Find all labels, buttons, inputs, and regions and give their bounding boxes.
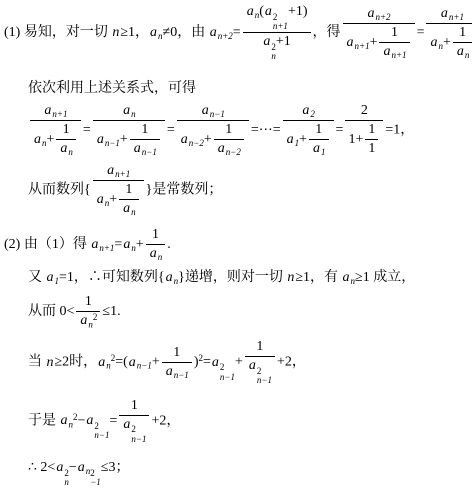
math-subscript: n	[271, 52, 276, 61]
math-text: +1	[276, 34, 291, 49]
math-text: 1	[63, 122, 70, 137]
math-subscript: n+1	[391, 50, 406, 60]
math-text: 1	[391, 25, 398, 40]
math-var: a	[33, 132, 42, 147]
math-text: +	[235, 355, 243, 370]
fraction-denominator: 1	[365, 139, 378, 157]
math-var: a	[122, 237, 131, 252]
math-fraction: 1an	[56, 122, 76, 157]
line-part2-recurrence: (2) 由（1）得 an+1=an+1an.	[4, 227, 470, 262]
math-text: 1	[85, 294, 92, 309]
math-fraction: 1an2	[76, 294, 100, 330]
math-var: a	[301, 103, 310, 118]
math-subscript: n	[465, 50, 470, 60]
fraction-denominator: an+1	[379, 42, 409, 60]
math-text: 1	[315, 122, 322, 137]
math-fraction: an+2an+1+1an+1	[343, 6, 415, 60]
math-var: a	[264, 4, 273, 19]
math-var: n	[46, 355, 55, 370]
math-var: a	[60, 413, 69, 428]
math-subscript: n+1	[449, 12, 464, 22]
math-var: a	[180, 132, 189, 147]
math-text: =1，	[385, 122, 414, 137]
math-fraction: 1an−1	[130, 122, 160, 157]
math-subscript: n	[131, 207, 136, 217]
math-subscript: n−1	[131, 435, 146, 444]
math-text: 1	[141, 122, 148, 137]
fraction-numerator: 1	[130, 122, 160, 139]
math-subscript: n−1	[220, 373, 235, 382]
math-var: a	[90, 237, 99, 252]
math-subscript: 1	[321, 147, 326, 157]
math-subscript: n−2	[226, 147, 241, 157]
math-text: 1	[368, 122, 375, 137]
math-var: a	[312, 141, 321, 156]
math-text: ≤3；	[101, 460, 130, 475]
fraction-numerator: 1	[146, 227, 166, 244]
math-var: a	[211, 355, 220, 370]
math-superscript: 2	[93, 312, 98, 322]
math-text: 1	[173, 345, 180, 360]
math-var: n	[111, 25, 120, 40]
math-fraction: an+1an+1an	[426, 6, 472, 60]
math-text: =1，∴可知数列{	[59, 270, 165, 285]
math-text: (1) 易知，对一切	[4, 25, 111, 40]
math-text: }是常数列；	[146, 182, 223, 197]
fraction-numerator: 2	[345, 103, 383, 120]
math-text: ≠0，由	[163, 25, 209, 40]
line-part2-bound-inequality: 从而 0<1an2≤1.	[4, 294, 470, 330]
fraction-numerator: an+1	[30, 103, 81, 120]
math-var: a	[96, 192, 105, 207]
math-supsub-stack: 2n−1	[131, 425, 146, 444]
line-part1-chain-equation: an+1an+1an=anan−1+1an−1=an−1an−2+1an−2=⋯…	[4, 103, 470, 157]
fraction-numerator: 1	[214, 122, 244, 139]
fraction-numerator: 1	[379, 25, 409, 42]
math-text: −	[69, 460, 77, 475]
math-fraction: 1an−1	[162, 345, 192, 380]
math-fraction: 21+11	[345, 103, 383, 157]
math-var: a	[122, 201, 131, 216]
line-part1-given-relation: (1) 易知，对一切 n≥1，an≠0，由 an+2=an(a2n+1+1)a2…	[4, 4, 470, 62]
math-text: =	[109, 413, 117, 428]
math-var: a	[122, 103, 131, 118]
math-var: a	[217, 141, 226, 156]
math-subscript: n−2	[189, 138, 204, 148]
math-text: 1+	[348, 132, 363, 147]
fraction-numerator: an−1	[177, 103, 249, 120]
math-var: a	[262, 34, 271, 49]
math-text: }递增，则对一切	[178, 270, 286, 285]
fraction-denominator: a1	[309, 139, 329, 157]
math-fraction: an+1an+1an	[30, 103, 81, 157]
fraction-numerator: a2	[283, 103, 334, 120]
fraction-denominator: a2n−1	[119, 415, 149, 444]
math-fraction: anan−1+1an−1	[93, 103, 165, 157]
math-var: a	[77, 460, 86, 475]
fraction-numerator: an	[93, 103, 165, 120]
math-text: 从而 0<	[28, 304, 74, 319]
math-subscript: n−1	[174, 370, 189, 380]
fraction-numerator: 1	[162, 345, 192, 362]
math-text: 从而数列{	[28, 182, 91, 197]
fraction-denominator: an−2+1an−2	[177, 120, 249, 157]
math-subscript: n+2	[218, 31, 233, 41]
math-supsub-stack: 2n−1	[94, 422, 109, 441]
fraction-denominator: an	[453, 42, 472, 60]
math-var: a	[165, 270, 174, 285]
math-text: +	[443, 35, 451, 50]
math-text: 又	[28, 270, 46, 285]
fraction-numerator: 1	[119, 182, 139, 199]
math-fraction: 1an	[453, 25, 472, 60]
math-fraction: 1a2n−1	[245, 339, 275, 385]
math-var: a	[342, 270, 351, 285]
math-text: ≤1.	[102, 304, 120, 319]
fraction-denominator: an−1	[162, 362, 192, 380]
math-var: a	[209, 25, 218, 40]
math-var: a	[97, 355, 106, 370]
math-text: =	[203, 355, 211, 370]
math-text: +	[120, 132, 128, 147]
fraction-denominator: an	[56, 139, 76, 157]
math-text: ≥1，	[120, 25, 149, 40]
math-var: a	[440, 6, 449, 21]
fraction-denominator: an	[146, 244, 166, 262]
math-text: +	[299, 132, 307, 147]
math-fraction: 1an	[119, 182, 139, 217]
math-var: a	[246, 4, 255, 19]
math-var: a	[122, 417, 131, 432]
math-var: a	[128, 355, 137, 370]
math-var: a	[248, 358, 257, 373]
math-subscript: −1	[90, 478, 101, 487]
fraction-numerator: 1	[309, 122, 329, 139]
fraction-numerator: an+2	[343, 6, 415, 23]
math-subscript: n	[158, 253, 163, 263]
math-subscript: n+2	[375, 12, 390, 22]
math-subscript: n+1	[99, 243, 114, 253]
math-text: ≥1 成立，	[355, 270, 415, 285]
math-var: a	[85, 413, 94, 428]
fraction-numerator: an+1	[426, 6, 472, 23]
fraction-numerator: 1	[453, 25, 472, 42]
math-text: =	[417, 25, 425, 40]
fraction-numerator: 1	[56, 122, 76, 139]
math-text: ≥1，有	[295, 270, 341, 285]
fraction-denominator: an+1an	[93, 180, 144, 217]
math-subscript: n	[131, 109, 136, 119]
fraction-numerator: 1	[119, 398, 149, 415]
math-text: +2，	[277, 355, 306, 370]
fraction-denominator: an	[119, 199, 139, 217]
math-subscript: n−1	[105, 138, 120, 148]
fraction-numerator: 1	[245, 339, 275, 356]
math-fraction: 11	[365, 122, 378, 157]
math-var: a	[133, 141, 142, 156]
math-fraction: 1an+1	[379, 25, 409, 60]
math-text: +	[109, 192, 117, 207]
math-var: a	[106, 163, 115, 178]
fraction-denominator: a2n−1	[245, 356, 275, 385]
math-text: +	[370, 35, 378, 50]
math-fraction: a2a1+1a1	[283, 103, 334, 157]
math-text: +1)	[288, 4, 308, 19]
math-text: ，得	[313, 25, 341, 40]
math-fraction: 1a1	[309, 122, 329, 157]
math-subscript: n+1	[52, 109, 67, 119]
math-text: ∴ 2<	[28, 460, 55, 475]
fraction-denominator: an+1+1an+1	[343, 23, 415, 60]
math-fraction: an+1an+1an	[93, 163, 144, 217]
math-text: =	[167, 122, 175, 137]
math-supsub-stack: 2n−1	[257, 367, 272, 386]
math-var: a	[201, 103, 210, 118]
math-subscript: n−1	[210, 109, 225, 119]
math-var: a	[149, 25, 158, 40]
math-subscript: n−1	[137, 361, 152, 371]
math-fraction: an−1an−2+1an−2	[177, 103, 249, 157]
line-part2-final-inequality: ∴ 2<a2n−an2−1≤3；	[4, 459, 470, 487]
fraction-denominator: an−1	[130, 139, 160, 157]
math-subscript: n−1	[94, 431, 109, 440]
math-text: 1	[152, 227, 159, 242]
fraction-denominator: a2n+1	[243, 32, 311, 61]
fraction-denominator: an+1an	[426, 23, 472, 60]
math-subscript: n	[68, 147, 73, 157]
line-part2-difference-equation: 于是 an2−a2n−1=1a2n−1+2，	[4, 398, 470, 444]
math-supsub-stack: 2n−1	[220, 363, 235, 382]
math-var: a	[286, 132, 295, 147]
math-subscript: n	[64, 478, 69, 487]
fraction-denominator: an−1+1an−1	[93, 120, 165, 157]
math-text: =	[83, 122, 91, 137]
math-text: 1	[459, 25, 466, 40]
math-text: +2，	[151, 413, 180, 428]
math-text: =	[233, 25, 241, 40]
math-text: 1	[256, 339, 263, 354]
math-subscript: n−1	[142, 147, 157, 157]
math-fraction: 1an−2	[214, 122, 244, 157]
math-text: +	[136, 237, 144, 252]
math-solution-document: (1) 易知，对一切 n≥1，an≠0，由 an+2=an(a2n+1+1)a2…	[0, 0, 472, 497]
math-text: 1	[125, 182, 132, 197]
math-text: 1	[131, 398, 138, 413]
math-text: +	[152, 355, 160, 370]
math-subscript: n+1	[273, 22, 288, 31]
math-text: 2	[361, 103, 368, 118]
math-var: a	[149, 246, 158, 261]
line-part1-constant-sequence-conclusion: 从而数列{an+1an+1an}是常数列；	[4, 163, 470, 217]
math-var: a	[165, 364, 174, 379]
fraction-numerator: an(a2n+1+1)	[243, 4, 311, 32]
math-text: =	[336, 122, 344, 137]
fraction-denominator: an−2	[214, 139, 244, 157]
math-supsub-stack: 2−1	[90, 469, 101, 488]
line-part2-square-expansion: 当 n≥2时，an2=(an−1+1an−1)2=a2n−1+1a2n−1+2，	[4, 339, 470, 385]
math-var: a	[46, 270, 55, 285]
fraction-denominator: an2	[76, 311, 100, 330]
math-subscript: n−1	[257, 376, 272, 385]
math-text: +	[204, 132, 212, 147]
fraction-numerator: 1	[76, 294, 100, 311]
fraction-numerator: an+1	[93, 163, 144, 180]
math-text: +	[47, 132, 55, 147]
math-text: 当	[28, 355, 46, 370]
math-var: a	[456, 44, 465, 59]
math-text: ≥2时，	[55, 355, 98, 370]
math-text: =(	[115, 355, 128, 370]
line-part2-monotonic-argument: 又 a1=1，∴可知数列{an}递增，则对一切 n≥1，有 an≥1 成立，	[4, 269, 470, 288]
math-text: (2) 由（1）得	[4, 237, 90, 252]
math-subscript: 2	[310, 109, 315, 119]
math-subscript: n+1	[115, 169, 130, 179]
line-part1-transition-text: 依次利用上述关系式，可得	[4, 80, 470, 99]
math-text: 于是	[28, 413, 60, 428]
math-text: 1	[368, 141, 375, 156]
math-supsub-stack: 2n+1	[273, 13, 288, 32]
math-text: =⋯=	[251, 122, 281, 137]
math-var: n	[286, 270, 295, 285]
math-text: 依次利用上述关系式，可得	[28, 81, 196, 96]
fraction-denominator: a1+1a1	[283, 120, 334, 157]
fraction-numerator: 1	[365, 122, 378, 139]
fraction-denominator: an+1an	[30, 120, 81, 157]
fraction-denominator: 1+11	[345, 120, 383, 157]
math-var: a	[96, 132, 105, 147]
math-var: a	[346, 35, 355, 50]
math-text: 1	[225, 122, 232, 137]
math-fraction: an(a2n+1+1)a2n+1	[243, 4, 311, 62]
math-fraction: 1a2n−1	[119, 398, 149, 444]
math-text: .	[167, 237, 171, 252]
math-var: a	[55, 460, 64, 475]
math-subscript: n+1	[355, 41, 370, 51]
math-fraction: 1an	[146, 227, 166, 262]
